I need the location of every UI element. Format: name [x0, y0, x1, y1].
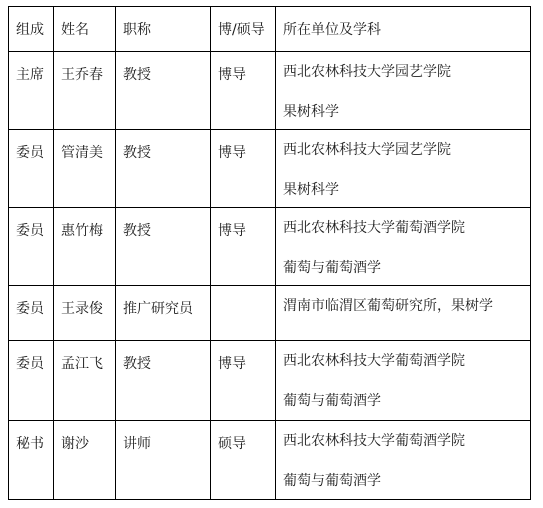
cell-supervisor: 博导 — [211, 52, 276, 130]
cell-role: 委员 — [9, 130, 54, 208]
cell-affiliation: 西北农林科技大学园艺学院 果树科学 — [276, 130, 531, 208]
table-row: 委员 王录俊 推广研究员 渭南市临渭区葡萄研究所，果树学 — [9, 286, 531, 341]
cell-supervisor: 博导 — [211, 208, 276, 286]
cell-affiliation: 渭南市临渭区葡萄研究所，果树学 — [276, 286, 531, 341]
header-cell-role: 组成 — [9, 7, 54, 52]
cell-title: 教授 — [116, 52, 211, 130]
cell-affiliation: 西北农林科技大学葡萄酒学院 葡萄与葡萄酒学 — [276, 421, 531, 500]
cell-title: 教授 — [116, 130, 211, 208]
header-cell-title: 职称 — [116, 7, 211, 52]
affiliation-discipline: 葡萄与葡萄酒学 — [283, 393, 526, 409]
cell-name: 王录俊 — [54, 286, 116, 341]
cell-title: 教授 — [116, 341, 211, 421]
affiliation-discipline: 葡萄与葡萄酒学 — [283, 260, 526, 276]
cell-role: 委员 — [9, 208, 54, 286]
affiliation-discipline: 果树科学 — [283, 104, 526, 120]
header-cell-supervisor: 博/硕导 — [211, 7, 276, 52]
affiliation-unit: 西北农林科技大学园艺学院 — [283, 64, 526, 80]
affiliation-unit: 西北农林科技大学葡萄酒学院 — [283, 433, 526, 449]
cell-name: 惠竹梅 — [54, 208, 116, 286]
cell-title: 推广研究员 — [116, 286, 211, 341]
cell-role: 委员 — [9, 341, 54, 421]
affiliation-discipline: 葡萄与葡萄酒学 — [283, 473, 526, 489]
cell-affiliation: 西北农林科技大学葡萄酒学院 葡萄与葡萄酒学 — [276, 208, 531, 286]
affiliation-unit: 西北农林科技大学葡萄酒学院 — [283, 353, 526, 369]
cell-supervisor: 博导 — [211, 130, 276, 208]
affiliation-discipline: 果树科学 — [283, 182, 526, 198]
cell-role: 秘书 — [9, 421, 54, 500]
cell-supervisor — [211, 286, 276, 341]
cell-supervisor: 博导 — [211, 341, 276, 421]
committee-table: 组成 姓名 职称 博/硕导 所在单位及学科 主席 王乔春 教授 博导 西北农林科… — [8, 6, 531, 500]
cell-supervisor: 硕导 — [211, 421, 276, 500]
cell-name: 孟江飞 — [54, 341, 116, 421]
table-row: 委员 管清美 教授 博导 西北农林科技大学园艺学院 果树科学 — [9, 130, 531, 208]
header-cell-affiliation: 所在单位及学科 — [276, 7, 531, 52]
table-row: 秘书 谢沙 讲师 硕导 西北农林科技大学葡萄酒学院 葡萄与葡萄酒学 — [9, 421, 531, 500]
cell-role: 委员 — [9, 286, 54, 341]
affiliation-unit: 西北农林科技大学葡萄酒学院 — [283, 220, 526, 236]
affiliation-unit: 渭南市临渭区葡萄研究所，果树学 — [283, 298, 526, 314]
affiliation-unit: 西北农林科技大学园艺学院 — [283, 142, 526, 158]
cell-affiliation: 西北农林科技大学园艺学院 果树科学 — [276, 52, 531, 130]
cell-title: 教授 — [116, 208, 211, 286]
table-header-row: 组成 姓名 职称 博/硕导 所在单位及学科 — [9, 7, 531, 52]
cell-name: 王乔春 — [54, 52, 116, 130]
table-row: 委员 惠竹梅 教授 博导 西北农林科技大学葡萄酒学院 葡萄与葡萄酒学 — [9, 208, 531, 286]
cell-title: 讲师 — [116, 421, 211, 500]
cell-name: 谢沙 — [54, 421, 116, 500]
cell-affiliation: 西北农林科技大学葡萄酒学院 葡萄与葡萄酒学 — [276, 341, 531, 421]
table-row: 主席 王乔春 教授 博导 西北农林科技大学园艺学院 果树科学 — [9, 52, 531, 130]
table-row: 委员 孟江飞 教授 博导 西北农林科技大学葡萄酒学院 葡萄与葡萄酒学 — [9, 341, 531, 421]
cell-name: 管清美 — [54, 130, 116, 208]
cell-role: 主席 — [9, 52, 54, 130]
header-cell-name: 姓名 — [54, 7, 116, 52]
